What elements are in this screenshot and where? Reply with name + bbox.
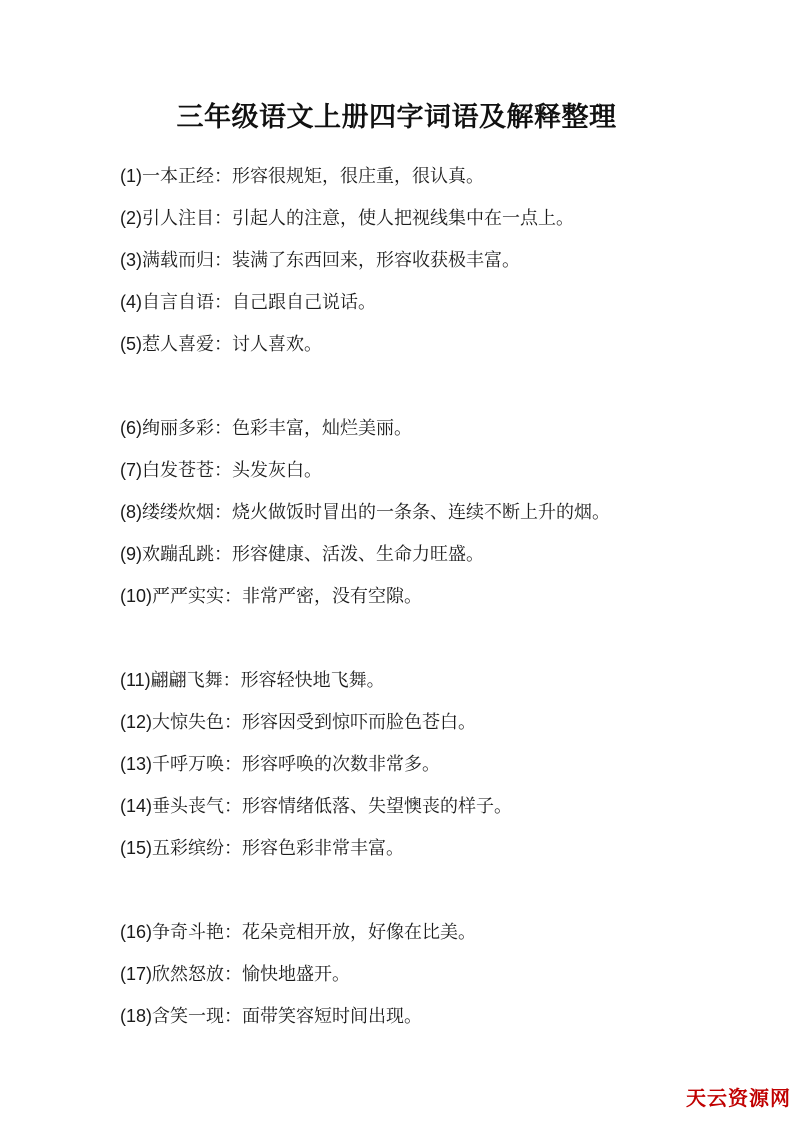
page-title: 三年级语文上册四字词语及解释整理	[0, 0, 793, 134]
watermark: 天云资源网	[686, 1087, 791, 1111]
entry: (12)大惊失色：形容因受到惊吓而脸色苍白。	[120, 701, 733, 743]
entry: (8)缕缕炊烟：烧火做饭时冒出的一条条、连续不断上升的烟。	[120, 491, 733, 533]
entry: (9)欢蹦乱跳：形容健康、活泼、生命力旺盛。	[120, 533, 733, 575]
entry: (5)惹人喜爱：讨人喜欢。	[120, 323, 733, 365]
entry-group-4: (16)争奇斗艳：花朵竞相开放，好像在比美。 (17)欣然怒放：愉快地盛开。 (…	[120, 911, 733, 1037]
entry: (18)含笑一现：面带笑容短时间出现。	[120, 995, 733, 1037]
entry: (2)引人注目：引起人的注意，使人把视线集中在一点上。	[120, 197, 733, 239]
entry-group-2: (6)绚丽多彩：色彩丰富，灿烂美丽。 (7)白发苍苍：头发灰白。 (8)缕缕炊烟…	[120, 407, 733, 617]
entry: (7)白发苍苍：头发灰白。	[120, 449, 733, 491]
entry: (11)翩翩飞舞：形容轻快地飞舞。	[120, 659, 733, 701]
entry: (6)绚丽多彩：色彩丰富，灿烂美丽。	[120, 407, 733, 449]
entry: (13)千呼万唤：形容呼唤的次数非常多。	[120, 743, 733, 785]
entry: (10)严严实实：非常严密，没有空隙。	[120, 575, 733, 617]
entry: (15)五彩缤纷：形容色彩非常丰富。	[120, 827, 733, 869]
entry: (3)满载而归：装满了东西回来，形容收获极丰富。	[120, 239, 733, 281]
entry: (4)自言自语：自己跟自己说话。	[120, 281, 733, 323]
entry-group-3: (11)翩翩飞舞：形容轻快地飞舞。 (12)大惊失色：形容因受到惊吓而脸色苍白。…	[120, 659, 733, 869]
entry: (17)欣然怒放：愉快地盛开。	[120, 953, 733, 995]
entry-group-1: (1)一本正经：形容很规矩，很庄重，很认真。 (2)引人注目：引起人的注意，使人…	[120, 155, 733, 365]
entry-list: (1)一本正经：形容很规矩，很庄重，很认真。 (2)引人注目：引起人的注意，使人…	[120, 155, 733, 1037]
entry: (16)争奇斗艳：花朵竞相开放，好像在比美。	[120, 911, 733, 953]
entry: (14)垂头丧气：形容情绪低落、失望懊丧的样子。	[120, 785, 733, 827]
entry: (1)一本正经：形容很规矩，很庄重，很认真。	[120, 155, 733, 197]
document-page: 三年级语文上册四字词语及解释整理 (1)一本正经：形容很规矩，很庄重，很认真。 …	[0, 0, 793, 1122]
